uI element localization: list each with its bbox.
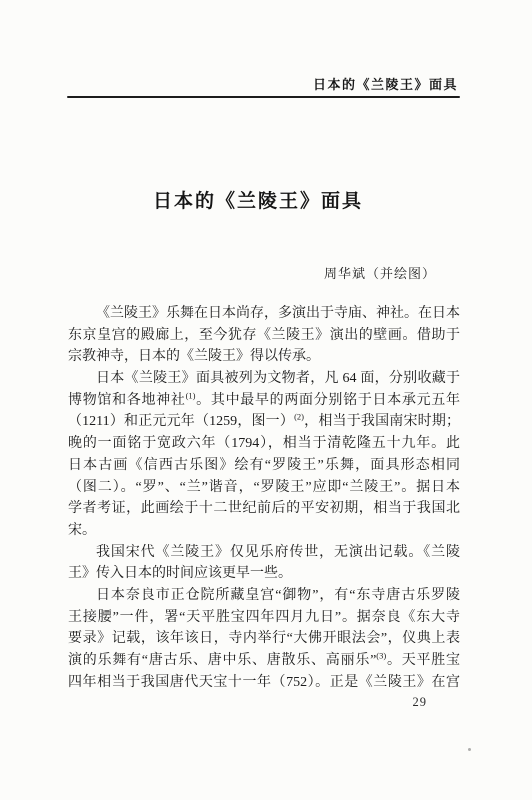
body-line-text: 学者考证，此画绘于十二世纪前后的平安初期，相当于我国北 xyxy=(68,501,460,516)
body-line-text: 。其中最早的两面分别铭于日本承元五年 xyxy=(195,393,460,408)
body-line-text: 。天平胜宝 xyxy=(386,653,460,668)
body-line-text: 宋。 xyxy=(68,523,96,538)
body-line-text: （1211）和正元元年（1259，图一） xyxy=(68,414,294,429)
body-line-text: 要录》记载，该年该日，寺内举行“大佛开眼法会”，仪典上表 xyxy=(68,631,460,646)
body-line-text: 博物馆和各地神社 xyxy=(68,393,186,408)
body-line: 要录》记载，该年该日，寺内举行“大佛开眼法会”，仪典上表 xyxy=(68,628,460,650)
body-line: 宗教神寺，日本的《兰陵王》得以传承。 xyxy=(68,346,460,368)
header-rule xyxy=(67,96,460,98)
scan-speck xyxy=(468,748,471,751)
body-line: 《兰陵王》乐舞在日本尚存，多演出于寺庙、神社。在日本 xyxy=(68,303,460,325)
body-line: 王》传入日本的时间应该更早一些。 xyxy=(68,563,460,585)
body-line-text: 日本奈良市正仓院所藏皇宫“御物”，有“东寺唐古乐罗陵 xyxy=(96,588,460,603)
body-line-text: 东京皇宫的殿廊上，至今犹存《兰陵王》演出的壁画。借助于 xyxy=(68,328,460,343)
body-line: 东京皇宫的殿廊上，至今犹存《兰陵王》演出的壁画。借助于 xyxy=(68,325,460,347)
body-line: 学者考证，此画绘于十二世纪前后的平安初期，相当于我国北 xyxy=(68,498,460,520)
body-line: 日本奈良市正仓院所藏皇宫“御物”，有“东寺唐古乐罗陵 xyxy=(68,585,460,607)
body-line: （图二）。“罗”、“兰”谐音，“罗陵王”应即“兰陵王”。据日本 xyxy=(68,477,460,499)
body-line: 我国宋代《兰陵王》仅见乐府传世，无演出记载。《兰陵 xyxy=(68,542,460,564)
body-line-text: 宗教神寺，日本的《兰陵王》得以传承。 xyxy=(68,349,320,364)
body-line: （1211）和正元元年（1259，图一）(2)，相当于我国南宋时期；最 xyxy=(68,411,460,433)
body-line-text: 四年相当于我国唐代天宝十一年（752）。正是《兰陵王》在宫 xyxy=(68,675,460,690)
body-line: 日本《兰陵王》面具被列为文物者，凡 64 面，分别收藏于 xyxy=(68,368,460,390)
body-line: 宋。 xyxy=(68,520,460,542)
body-line-text: 日本古画《信西古乐图》绘有“罗陵王”乐舞，面具形态相同 xyxy=(68,458,460,473)
body-line-text: 晚的一面铭于宽政六年（1794），相当于清乾隆五十九年。此外， xyxy=(68,436,460,455)
author-byline: 周华斌（并绘图） xyxy=(68,263,460,282)
body-line-text: 《兰陵王》乐舞在日本尚存，多演出于寺庙、神社。在日本 xyxy=(96,306,460,321)
page-title: 日本的《兰陵王》面具 xyxy=(68,186,448,213)
body-line-text: （图二）。“罗”、“兰”谐音，“罗陵王”应即“兰陵王”。据日本 xyxy=(68,480,460,495)
body-text: 《兰陵王》乐舞在日本尚存，多演出于寺庙、神社。在日本东京皇宫的殿廊上，至今犹存《… xyxy=(68,303,460,693)
body-line: 王接腰”一件，署“天平胜宝四年四月九日”。据奈良《东大寺 xyxy=(68,607,460,629)
footnote-ref: (2) xyxy=(294,412,304,422)
body-line: 晚的一面铭于宽政六年（1794），相当于清乾隆五十九年。此外， xyxy=(68,433,460,455)
body-line-text: 演的乐舞有“唐古乐、唐中乐、唐散乐、高丽乐” xyxy=(68,653,376,668)
footnote-ref: (1) xyxy=(186,390,196,400)
body-line: 演的乐舞有“唐古乐、唐中乐、唐散乐、高丽乐”(3)。天平胜宝 xyxy=(68,650,460,672)
body-line-text: 王接腰”一件，署“天平胜宝四年四月九日”。据奈良《东大寺 xyxy=(68,610,460,625)
body-line-text: 王》传入日本的时间应该更早一些。 xyxy=(68,566,292,581)
running-header: 日本的《兰陵王》面具 xyxy=(68,74,458,93)
footnote-ref: (3) xyxy=(376,650,386,660)
body-line: 四年相当于我国唐代天宝十一年（752）。正是《兰陵王》在宫 xyxy=(68,672,460,694)
body-line: 日本古画《信西古乐图》绘有“罗陵王”乐舞，面具形态相同 xyxy=(68,455,460,477)
body-line: 博物馆和各地神社(1)。其中最早的两面分别铭于日本承元五年 xyxy=(68,390,460,412)
page-number: 29 xyxy=(68,695,427,710)
scanned-book-page: 日本的《兰陵王》面具 日本的《兰陵王》面具 周华斌（并绘图） 《兰陵王》乐舞在日… xyxy=(0,0,532,800)
body-line-text: 我国宋代《兰陵王》仅见乐府传世，无演出记载。《兰陵 xyxy=(96,545,460,560)
body-line-text: 日本《兰陵王》面具被列为文物者，凡 64 面，分别收藏于 xyxy=(96,371,460,386)
